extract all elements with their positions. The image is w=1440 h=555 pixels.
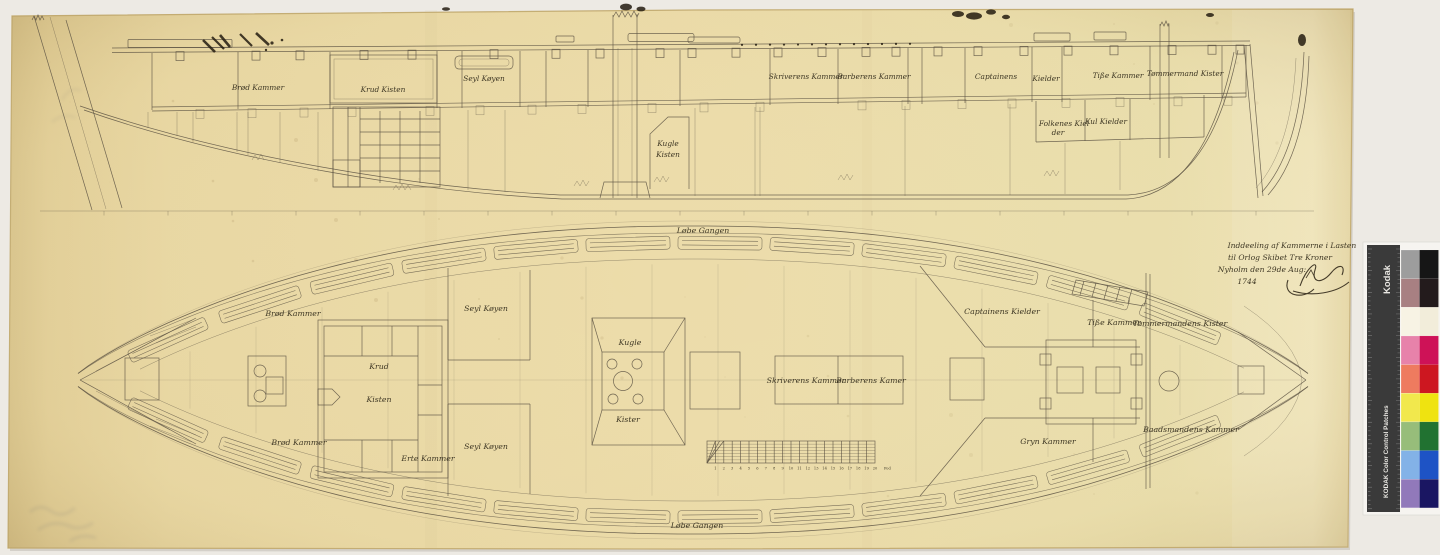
kodak-label: KODAK Color Control Patches xyxy=(1383,405,1390,498)
label-erte-kammer: Erte Kammer xyxy=(400,454,456,463)
label-captainens-kielder-plan: Captainens Kielder xyxy=(964,307,1041,316)
label-loebe-gangen-bottom: Løbe Gangen xyxy=(670,521,723,530)
title-line-1: Inddeeling af Kammerne i Lasten xyxy=(1227,241,1357,250)
label-toemmermandens-plan: Tømmermandens Kister xyxy=(1133,319,1229,328)
label-broed-kammer-section: Brød Kammer xyxy=(231,83,285,92)
label-broed-top: Brød Kammer xyxy=(264,309,321,318)
label-seyl-bottom: Seyl Køyen xyxy=(464,442,508,451)
label-folkenes-section: Folkenes Kiel xyxy=(1038,119,1090,128)
svg-text:10: 10 xyxy=(789,467,794,471)
svg-text:2: 2 xyxy=(723,467,725,471)
label-skriverens-section: Skriverens Kammer xyxy=(769,72,844,81)
label-krud-kisten-section: Krud Kisten xyxy=(360,85,406,94)
label-barberens-section: Barberens Kammer xyxy=(836,72,911,81)
scale-bar xyxy=(707,441,875,463)
scanned-ship-plan: Brød Kammer Krud Kisten Seyl Køyen Kugle… xyxy=(0,0,1440,555)
label-kugle-kisten-section: Kugle xyxy=(656,139,679,148)
label-tisse-section: Tiße Kammer xyxy=(1093,71,1144,80)
label-barberens-plan: Barberens Kamer xyxy=(835,376,907,385)
label-kugle-kisten-section2: Kisten xyxy=(655,150,680,159)
label-gryn-kammer: Gryn Kammer xyxy=(1020,437,1077,446)
title-line-3: Nyholm den 29de Aug: xyxy=(1217,265,1307,274)
label-kister-plan: Kister xyxy=(615,415,641,424)
label-broed-bottom: Brød Kammer xyxy=(270,438,327,447)
paper-sheet xyxy=(8,9,1355,552)
label-krud-plan: Krud xyxy=(368,362,389,371)
svg-text:15: 15 xyxy=(831,467,836,471)
svg-text:17: 17 xyxy=(848,467,853,471)
label-seyl-top: Seyl Køyen xyxy=(464,304,508,313)
kodak-brand: Kodak xyxy=(1382,264,1393,294)
label-seyl-koyen-section: Seyl Køyen xyxy=(463,74,505,83)
svg-text:18: 18 xyxy=(856,467,861,471)
title-line-4: 1744 xyxy=(1237,277,1256,286)
label-captainens-section: Captainens xyxy=(975,72,1017,81)
label-kugle-plan: Kugle xyxy=(618,338,642,347)
svg-text:13: 13 xyxy=(814,467,819,471)
label-krud-plan2: Kisten xyxy=(365,395,391,404)
label-kul-kielder-section: Kul Kielder xyxy=(1084,117,1128,126)
label-baadsmandens: Baadsmandens Kammer xyxy=(1142,425,1240,434)
svg-text:19: 19 xyxy=(864,467,869,471)
svg-text:12: 12 xyxy=(806,467,811,471)
svg-text:1: 1 xyxy=(714,467,716,471)
svg-text:14: 14 xyxy=(822,467,827,471)
svg-text:16: 16 xyxy=(839,467,844,471)
scale-unit: Fod xyxy=(884,467,891,471)
label-toemmermand-section: Tømmermand Kister xyxy=(1147,69,1224,78)
kodak-color-strip: Kodak KODAK Color Control Patches xyxy=(1363,242,1440,515)
label-kielder-section: Kielder xyxy=(1031,74,1060,83)
label-folkenes-section2: der xyxy=(1052,128,1065,137)
title-line-2: til Orlog Skibet Tre Kroner xyxy=(1228,253,1332,262)
svg-text:11: 11 xyxy=(797,467,802,471)
label-loebe-gangen-top: Løbe Gangen xyxy=(676,226,729,235)
svg-text:20: 20 xyxy=(873,467,878,471)
kodak-patches xyxy=(1401,250,1439,508)
label-skriverens-plan: Skriverens Kammer xyxy=(767,376,847,385)
